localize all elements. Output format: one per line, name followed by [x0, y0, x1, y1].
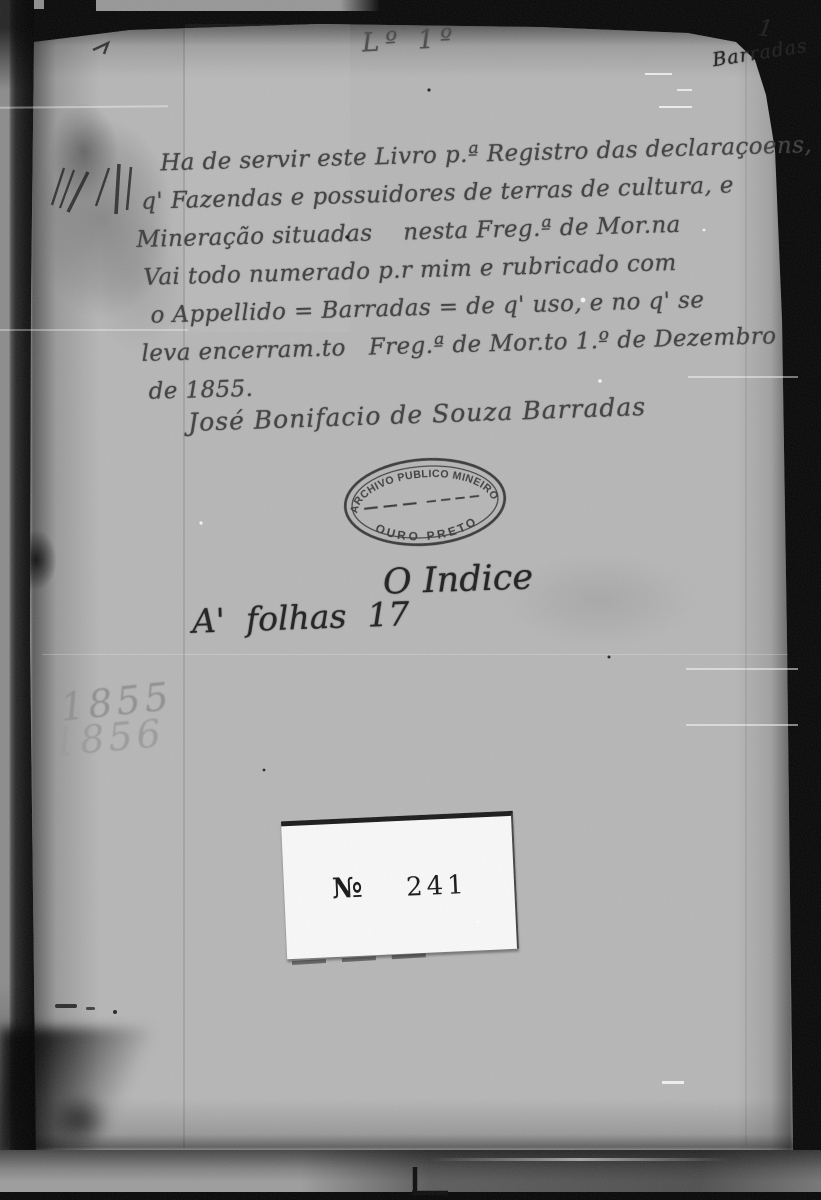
archive-stamp-graphic: ARCHIVO PUBLICO MINEIRO OURO PRETO	[337, 446, 514, 558]
catalog-number: 241	[405, 870, 468, 903]
page-header-book-mark: Lº 1º	[361, 23, 459, 58]
manuscript-line: Mineração situadas nesta Freg.ª de Mor.n…	[136, 212, 681, 253]
manuscript-line: Vai todo numerado p.r mim e rubricado co…	[143, 250, 677, 291]
manuscript-line: de 1855.	[148, 376, 253, 405]
catalog-label: № 241	[281, 811, 519, 959]
page-number: 1	[756, 15, 774, 43]
folio-note: A' folhas 17	[191, 594, 410, 641]
numero-symbol: №	[331, 871, 363, 905]
bottom-left-shadow	[0, 1028, 195, 1156]
manuscript-line: q' Fazendas e possuidores de terras de c…	[141, 172, 734, 215]
manuscript-line: leva encerram.to Freg.ª de Mor.to 1.º de…	[141, 323, 777, 367]
archive-stamp: ARCHIVO PUBLICO MINEIRO OURO PRETO	[337, 446, 514, 558]
backdrop-top-strip	[96, 0, 380, 11]
manuscript-line: o Appellido = Barradas = de q' uso, e no…	[150, 287, 704, 328]
stamp-divider-dash	[364, 503, 420, 509]
stamp-divider-dash	[427, 495, 485, 502]
desk-surface	[0, 1150, 821, 1192]
desk-glint	[430, 1158, 730, 1161]
book-spine	[0, 0, 34, 1200]
bottom-border	[0, 1192, 821, 1200]
scanned-manuscript-photo: Lº 1º 1 Barradas Ha de servir este Livro…	[0, 0, 821, 1200]
